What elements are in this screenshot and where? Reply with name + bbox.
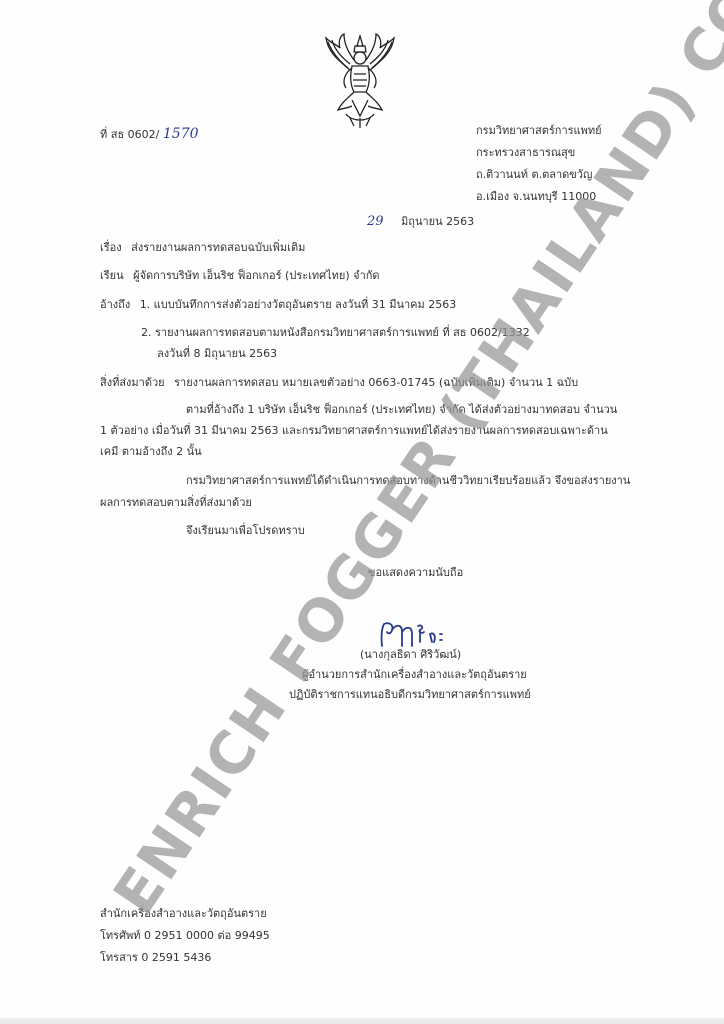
subject-text: ส่งรายงานผลการทดสอบฉบับเพิ่มเติม: [131, 241, 305, 254]
company-watermark: ENRICH FOGGER (THAILAND) CO., LTD.: [100, 142, 660, 926]
footer-fax: โทรสาร 0 2591 5436: [100, 951, 211, 965]
letter-date: 29 มิถุนายน 2563: [367, 215, 474, 229]
signer-title-1: ผู้อำนวยการสำนักเครื่องสำอางและวัตถุอันต…: [302, 668, 527, 682]
enclosure-line: สิ่งที่ส่งมาด้วย รายงานผลการทดสอบ หมายเล…: [100, 376, 578, 390]
closing-salutation: ขอแสดงความนับถือ: [368, 566, 463, 580]
subject-line: เรื่อง ส่งรายงานผลการทดสอบฉบับเพิ่มเติม: [100, 241, 305, 255]
reference-item-2-date: ลงวันที่ 8 มิถุนายน 2563: [157, 347, 277, 361]
body-paragraph-1-line-1: ตามที่อ้างถึง 1 บริษัท เอ็นริช ฟ็อกเกอร์…: [186, 403, 617, 417]
enclosure-label: สิ่งที่ส่งมาด้วย: [100, 376, 165, 389]
sender-address-line-4: อ.เมือง จ.นนทบุรี 11000: [476, 190, 596, 204]
reference-number: ที่ สธ 0602/ 1570: [100, 127, 199, 142]
date-month-year: มิถุนายน 2563: [401, 215, 474, 228]
footer-office: สำนักเครื่องสำอางและวัตถุอันตราย: [100, 907, 267, 921]
reference-item-1: 1. แบบบันทึกการส่งตัวอย่างวัตถุอันตราย ล…: [140, 298, 457, 311]
date-day-handwritten: 29: [367, 214, 384, 229]
body-paragraph-1-line-3: เคมี ตามอ้างถึง 2 นั้น: [100, 445, 202, 459]
subject-label: เรื่อง: [100, 241, 122, 254]
recipient-label: เรียน: [100, 269, 124, 282]
body-paragraph-2-line-2: ผลการทดสอบตามสิ่งที่ส่งมาด้วย: [100, 496, 252, 510]
body-paragraph-1-line-2: 1 ตัวอย่าง เมื่อวันที่ 31 มีนาคม 2563 แล…: [100, 424, 608, 438]
sender-address-line-2: กระทรวงสาธารณสุข: [476, 146, 575, 160]
letter-page: ที่ สธ 0602/ 1570 กรมวิทยาศาสตร์การแพทย์…: [0, 0, 724, 1024]
body-paragraph-2-line-1: กรมวิทยาศาสตร์การแพทย์ได้ดำเนินการทดสอบท…: [186, 474, 630, 488]
reference-number-handwritten: 1570: [163, 126, 199, 142]
recipient-line: เรียน ผู้จัดการบริษัท เอ็นริช ฟ็อกเกอร์ …: [100, 269, 380, 283]
signer-title-2: ปฏิบัติราชการแทนอธิบดีกรมวิทยาศาสตร์การแ…: [289, 688, 531, 702]
footer-telephone: โทรศัพท์ 0 2951 0000 ต่อ 99495: [100, 929, 270, 943]
handwritten-signature-icon: [378, 618, 458, 652]
reference-item-2: 2. รายงานผลการทดสอบตามหนังสือกรมวิทยาศาส…: [141, 326, 530, 340]
body-paragraph-3-line-1: จึงเรียนมาเพื่อโปรดทราบ: [186, 524, 305, 538]
enclosure-text: รายงานผลการทดสอบ หมายเลขตัวอย่าง 0663-01…: [174, 376, 578, 389]
reference-line-1: อ้างถึง 1. แบบบันทึกการส่งตัวอย่างวัตถุอ…: [100, 298, 456, 312]
page-bottom-edge: [0, 1018, 724, 1024]
sender-address-line-3: ถ.ติวานนท์ ต.ตลาดขวัญ: [476, 168, 592, 182]
garuda-emblem-icon: [320, 30, 400, 130]
sender-address-line-1: กรมวิทยาศาสตร์การแพทย์: [476, 124, 602, 138]
reference-number-prefix: ที่ สธ 0602/: [100, 128, 159, 141]
signer-name: (นางกุลธิดา ศิริวัฒน์): [360, 648, 461, 662]
references-label: อ้างถึง: [100, 298, 130, 311]
recipient-text: ผู้จัดการบริษัท เอ็นริช ฟ็อกเกอร์ (ประเท…: [133, 269, 379, 282]
